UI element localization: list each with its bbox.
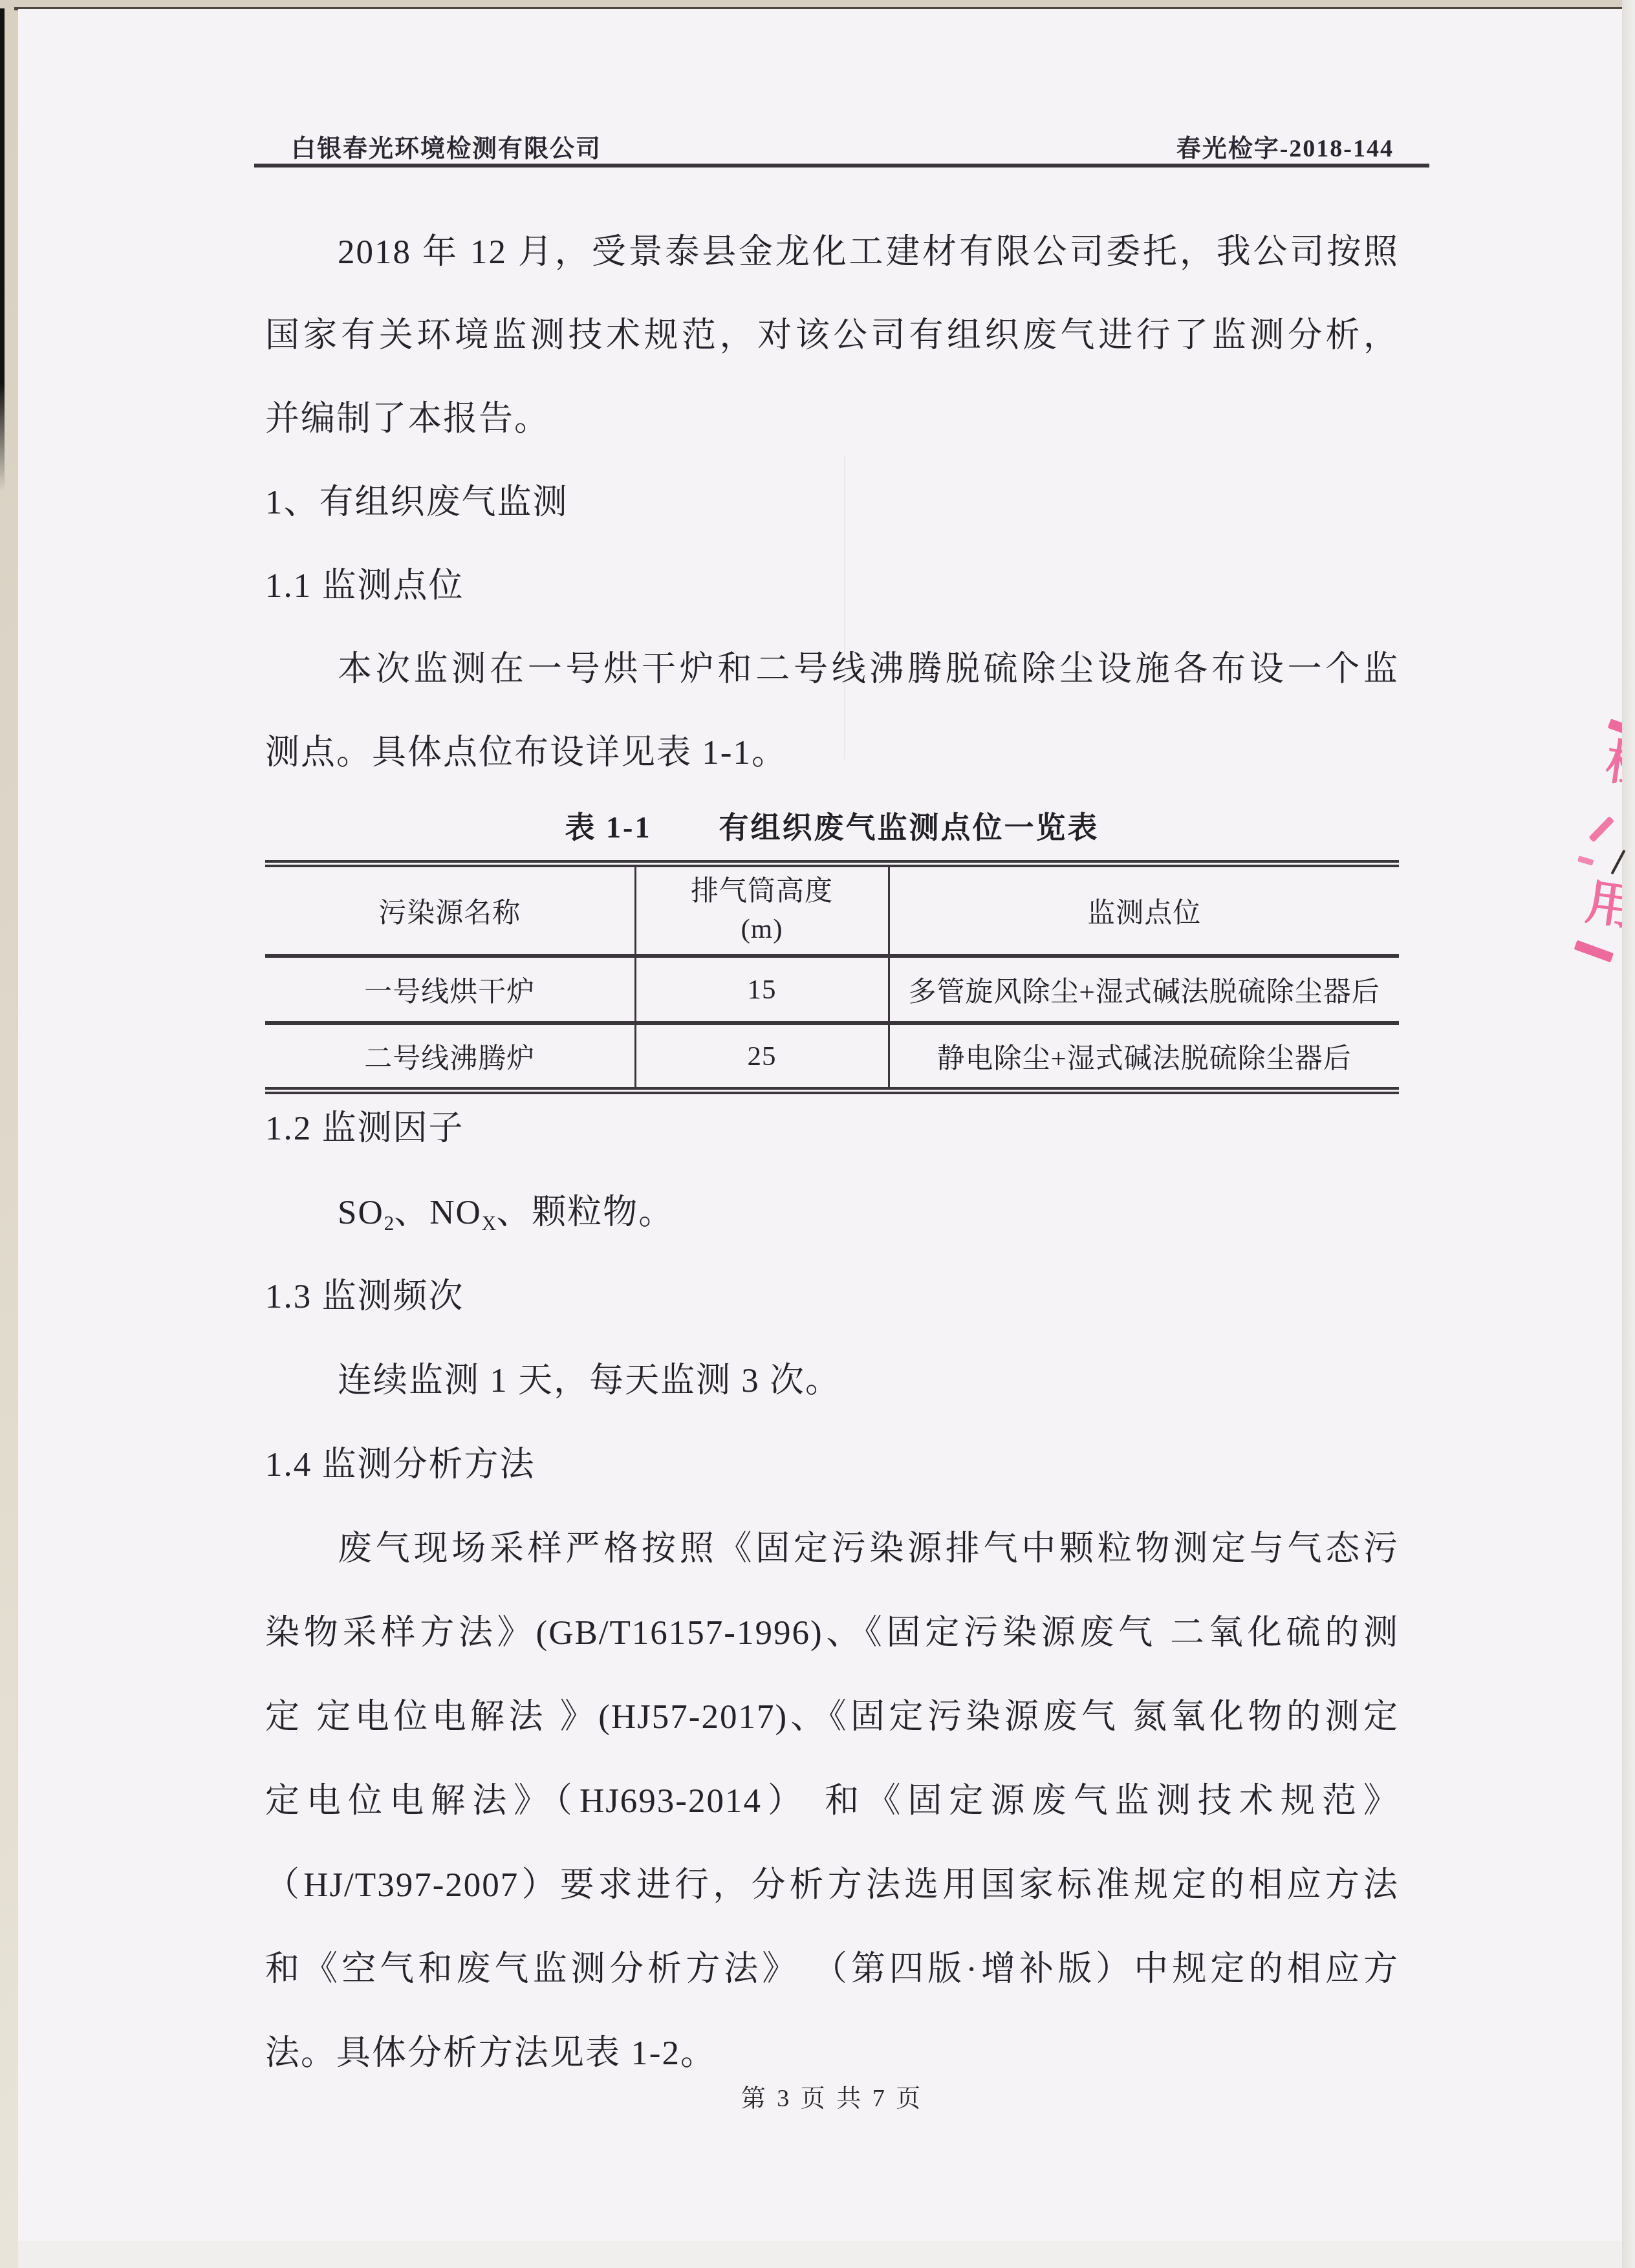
intro-paragraph-line-1: 2018 年 12 月，受景泰县金龙化工建材有限公司委托，我公司按照 — [265, 211, 1399, 294]
section-heading-1-2: 1.2 监测因子 — [265, 1086, 1399, 1171]
stamp-stroke-fragment — [1588, 816, 1614, 843]
stamp-char-yong: 用 — [1583, 878, 1622, 933]
col-header-stack-height-text: 排气筒高度 — [636, 873, 888, 911]
section-heading-1-1: 1.1 监测点位 — [265, 545, 1399, 628]
table-caption: 有组织废气监测点位一览表 — [719, 794, 1099, 861]
points-paragraph-line-2: 测点。具体点位布设详见表 1-1。 — [265, 711, 1399, 795]
cell-source-name: 一号线烘干炉 — [265, 956, 635, 1023]
factors-line: SO2、NOX、颗粒物。 — [265, 1171, 1399, 1255]
methods-paragraph-line-3: 定 定电位电解法 》(HJ57-2017)、《固定污染源废气 氮氧化物的测定 — [265, 1675, 1399, 1759]
table-label: 表 1-1 — [565, 794, 652, 861]
col-header-source-name: 污染源名称 — [265, 864, 635, 956]
stamp-border-bottom — [1574, 940, 1614, 963]
stamp-dash-fragment — [1577, 856, 1594, 865]
table-row: 一号线烘干炉 15 多管旋风除尘+湿式碱法脱硫除尘器后 — [265, 956, 1399, 1023]
col-header-stack-height-unit: (m) — [636, 911, 888, 948]
factor-particulate: 、颗粒物。 — [496, 1194, 674, 1231]
factor-so: SO — [338, 1194, 384, 1231]
points-paragraph-line-1: 本次监测在一号烘干炉和二号线沸腾脱硫除尘设施各布设一个监 — [265, 628, 1399, 711]
left-dark-edge — [0, 0, 5, 491]
lower-text-block: 1.2 监测因子 SO2、NOX、颗粒物。 1.3 监测频次 连续监测 1 天，… — [265, 1086, 1399, 2095]
stamp-char-jian: 检 — [1603, 739, 1622, 793]
header-doc-number: 春光检字-2018-144 — [1176, 128, 1394, 164]
so2-subscript: 2 — [384, 1212, 395, 1235]
intro-paragraph-line-2: 国家有关环境监测技术规范，对该公司有组织废气进行了监测分析， — [265, 294, 1399, 378]
methods-paragraph-line-5: （HJ/T397-2007）要求进行，分析方法选用国家标准规定的相应方法 — [265, 1843, 1399, 1927]
frequency-line: 连续监测 1 天，每天监测 3 次。 — [265, 1339, 1399, 1423]
factor-no: 、NO — [394, 1194, 482, 1231]
methods-paragraph-line-4: 定电位电解法》（HJ693-2014） 和《固定源废气监测技术规范》 — [265, 1759, 1399, 1843]
table-title: 表 1-1 有组织废气监测点位一览表 — [265, 794, 1399, 861]
right-scan-margin — [1622, 0, 1635, 2268]
header-divider — [254, 164, 1429, 167]
cell-stack-height: 25 — [635, 1023, 889, 1091]
cell-stack-height: 15 — [635, 956, 889, 1023]
scan-background: 白银春光环境检测有限公司 春光检字-2018-144 2018 年 12 月，受… — [0, 0, 1635, 2268]
section-heading-1-3: 1.3 监测频次 — [265, 1255, 1399, 1339]
intro-paragraph-line-3: 并编制了本报告。 — [265, 378, 1399, 461]
page-header: 白银春光环境检测有限公司 春光检字-2018-144 — [255, 126, 1429, 165]
section-heading-1: 1、有组织废气监测 — [265, 461, 1399, 545]
section-heading-1-4: 1.4 监测分析方法 — [265, 1423, 1399, 1507]
methods-paragraph-line-6: 和《空气和废气监测分析方法》 （第四版·增补版）中规定的相应方 — [265, 1927, 1399, 2011]
scan-fold-artifact — [844, 455, 845, 759]
monitoring-points-table: 污染源名称 排气筒高度 (m) 监测点位 一号线烘干炉 15 多管旋风除尘+湿式… — [265, 860, 1399, 1094]
cell-monitoring-point: 静电除尘+湿式碱法脱硫除尘器后 — [889, 1023, 1399, 1091]
methods-paragraph-line-1: 废气现场采样严格按照《固定污染源排气中颗粒物测定与气态污 — [265, 1507, 1399, 1591]
header-company: 白银春光环境检测有限公司 — [291, 128, 601, 164]
col-header-stack-height: 排气筒高度 (m) — [635, 864, 889, 956]
table-row: 二号线沸腾炉 25 静电除尘+湿式碱法脱硫除尘器后 — [265, 1023, 1399, 1091]
inspection-stamp: 检 用 — [1555, 709, 1622, 974]
col-header-monitoring-point: 监测点位 — [889, 864, 1399, 956]
methods-paragraph-line-2: 染物采样方法》(GB/T16157-1996)、《固定污染源废气 二氧化硫的测 — [265, 1591, 1399, 1675]
document-page: 白银春光环境检测有限公司 春光检字-2018-144 2018 年 12 月，受… — [18, 9, 1622, 2241]
page-footer: 第 3 页 共 7 页 — [265, 2077, 1399, 2120]
cell-source-name: 二号线沸腾炉 — [265, 1023, 635, 1091]
upper-text-block: 2018 年 12 月，受景泰县金龙化工建材有限公司委托，我公司按照 国家有关环… — [265, 211, 1399, 795]
table-header-row: 污染源名称 排气筒高度 (m) 监测点位 — [265, 864, 1399, 956]
cell-monitoring-point: 多管旋风除尘+湿式碱法脱硫除尘器后 — [889, 956, 1399, 1023]
nox-subscript: X — [482, 1212, 496, 1235]
